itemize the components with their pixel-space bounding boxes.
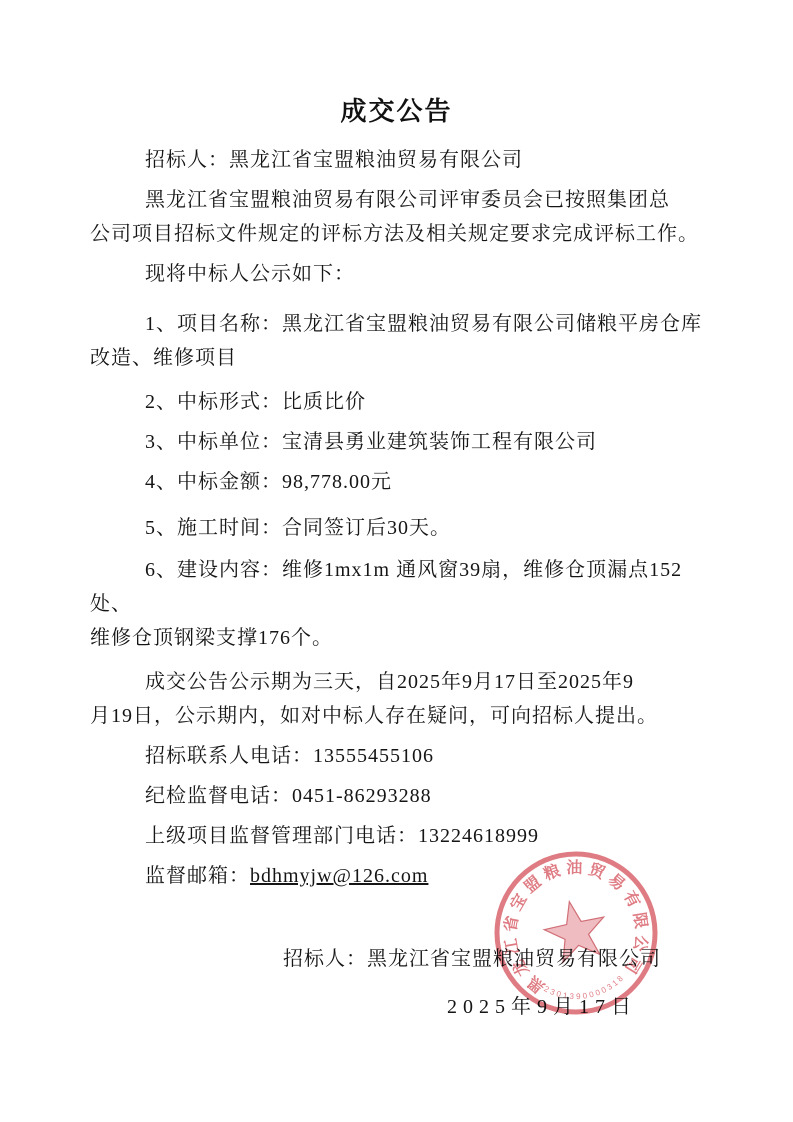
page-title: 成交公告	[90, 93, 703, 129]
signature-date: 2025年9月17日	[447, 990, 703, 1024]
bidder-line: 招标人：黑龙江省宝盟粮油贸易有限公司	[90, 143, 703, 177]
item-construction-content: 6、建设内容：维修1mx1m 通风窗39扇，维修仓顶漏点152处、 维修仓顶钢梁…	[90, 553, 703, 655]
email-label: 监督邮箱：	[145, 865, 250, 887]
intro-paragraph: 黑龙江省宝盟粮油贸易有限公司评审委员会已按照集团总 公司项目招标文件规定的评标方…	[90, 183, 703, 251]
email-link[interactable]: bdhmyjw@126.com	[250, 865, 428, 887]
signature-name: 招标人：黑龙江省宝盟粮油贸易有限公司	[283, 942, 703, 976]
announce-line: 现将中标人公示如下：	[90, 257, 703, 291]
superior-phone-line: 上级项目监督管理部门电话：13224618999	[90, 819, 703, 853]
item-project-name: 1、项目名称：黑龙江省宝盟粮油贸易有限公司储粮平房仓库 改造、维修项目	[90, 307, 703, 375]
item-winning-company: 3、中标单位：宝清县勇业建筑装饰工程有限公司	[90, 425, 703, 459]
contact-phone-line: 招标联系人电话：13555455106	[90, 739, 703, 773]
item-bid-form: 2、中标形式：比质比价	[90, 385, 703, 419]
item-bid-amount: 4、中标金额：98,778.00元	[90, 465, 703, 499]
discipline-phone-line: 纪检监督电话：0451-86293288	[90, 779, 703, 813]
publicity-period-paragraph: 成交公告公示期为三天，自2025年9月17日至2025年9 月19日，公示期内，…	[90, 665, 703, 733]
email-line: 监督邮箱：bdhmyjw@126.com	[90, 859, 703, 893]
document-page: 成交公告 招标人：黑龙江省宝盟粮油贸易有限公司 黑龙江省宝盟粮油贸易有限公司评审…	[0, 0, 793, 1122]
item-construction-time: 5、施工时间：合同签订后30天。	[90, 511, 703, 545]
